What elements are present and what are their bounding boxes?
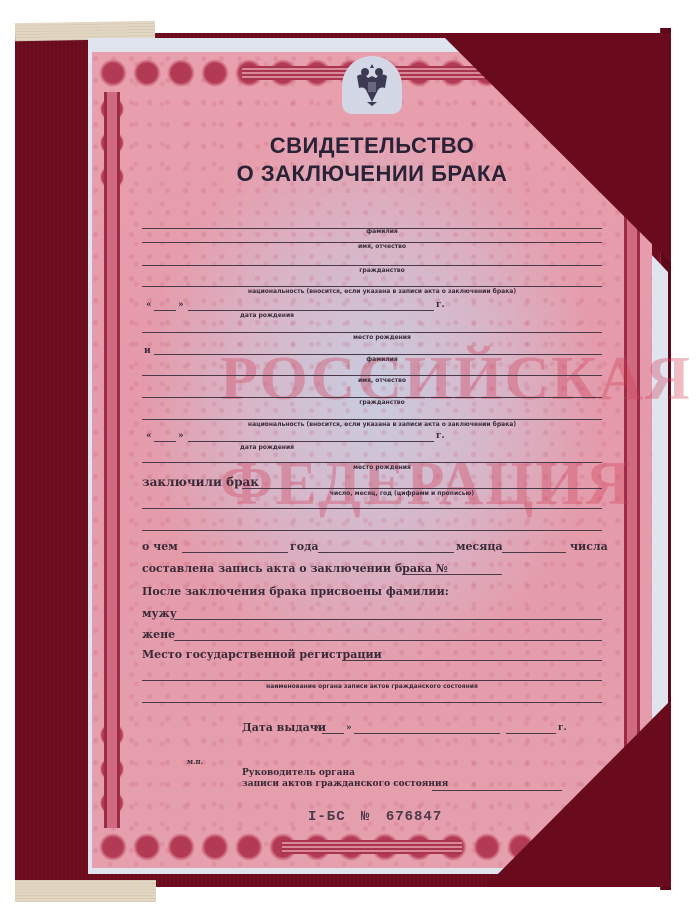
double-headed-eagle-icon bbox=[353, 62, 391, 108]
married-label: заключили брак bbox=[142, 475, 259, 489]
coat-of-arms-icon bbox=[342, 56, 402, 114]
caption-birth-date-2: дата рождения bbox=[240, 444, 294, 451]
field-wife-surname[interactable] bbox=[174, 640, 602, 641]
issue-year-suffix: г. bbox=[558, 723, 567, 733]
quote-open-2: « bbox=[146, 431, 152, 441]
head-official-label-1: Руководитель органа bbox=[242, 768, 355, 778]
serial-number: I-БС № 676847 bbox=[308, 809, 442, 825]
caption-marriage-date: число, месяц, год (цифрами и прописью) bbox=[330, 490, 474, 497]
about-label: о чем bbox=[142, 540, 178, 553]
caption-citizenship-2: гражданство bbox=[359, 399, 404, 406]
serial-digits: 676847 bbox=[386, 809, 442, 825]
field-registration-place[interactable] bbox=[342, 660, 602, 661]
month-label: месяца bbox=[456, 540, 503, 553]
caption-surname-2: фамилия bbox=[366, 356, 398, 363]
caption-nationality-2: национальность (вносится, если указана в… bbox=[248, 421, 516, 428]
issue-quote-open: « bbox=[314, 723, 320, 733]
ornamental-border-left bbox=[104, 92, 120, 828]
field-citizenship-2[interactable] bbox=[142, 397, 602, 398]
caption-nationality-1: национальность (вносится, если указана в… bbox=[248, 288, 516, 295]
wife-label: жене bbox=[142, 628, 175, 641]
caption-surname-1: фамилия bbox=[366, 228, 398, 235]
field-registration-place-3[interactable] bbox=[142, 702, 602, 703]
field-issue-day[interactable] bbox=[322, 733, 344, 734]
field-marriage-date[interactable] bbox=[242, 488, 602, 489]
field-record-day[interactable] bbox=[502, 552, 566, 553]
field-birth-day-1[interactable] bbox=[154, 310, 176, 311]
quote-close-2: » bbox=[178, 431, 184, 441]
field-record-number[interactable] bbox=[402, 574, 502, 575]
caption-citizenship-1: гражданство bbox=[359, 267, 404, 274]
marriage-certificate: РОССИЙСКАЯ ФЕДЕРАЦИЯ СВИДЕТЕЛЬСТВО О ЗАК… bbox=[92, 52, 652, 868]
serial-no-sign: № bbox=[361, 809, 370, 825]
caption-name-1: имя, отчество bbox=[358, 243, 406, 250]
field-record-month[interactable] bbox=[318, 552, 454, 553]
caption-name-2: имя, отчество bbox=[358, 377, 406, 384]
field-name-2[interactable] bbox=[142, 375, 602, 376]
binding-tape-bottom bbox=[15, 880, 156, 902]
field-birth-place-1[interactable] bbox=[142, 332, 602, 333]
field-birth-place-2[interactable] bbox=[142, 462, 602, 463]
year-label: года bbox=[290, 540, 319, 553]
field-issue-month[interactable] bbox=[354, 733, 500, 734]
field-issue-year[interactable] bbox=[506, 733, 556, 734]
ornamental-band-bottom bbox=[282, 840, 462, 854]
field-surname-2[interactable] bbox=[154, 354, 602, 355]
caption-birth-date-1: дата рождения bbox=[240, 312, 294, 319]
field-signature[interactable] bbox=[432, 790, 562, 791]
year-suffix-1: г. bbox=[436, 300, 445, 310]
year-suffix-2: г. bbox=[436, 431, 445, 441]
caption-registration-office: наименование органа записи актов граждан… bbox=[266, 683, 478, 690]
field-marriage-date-words-1[interactable] bbox=[142, 508, 602, 509]
field-record-year[interactable] bbox=[182, 552, 288, 553]
day-label: числа bbox=[570, 540, 608, 553]
field-nationality-1[interactable] bbox=[142, 286, 602, 287]
field-husband-surname[interactable] bbox=[174, 619, 602, 620]
quote-close-1: » bbox=[178, 300, 184, 310]
quote-open-1: « bbox=[146, 300, 152, 310]
field-birth-day-2[interactable] bbox=[154, 441, 176, 442]
serial-series: I-БС bbox=[308, 809, 346, 825]
seal-place-label: м.п. bbox=[187, 757, 203, 766]
husband-label: мужу bbox=[142, 607, 177, 620]
title-line2: О ЗАКЛЮЧЕНИИ БРАКА bbox=[92, 160, 652, 188]
field-registration-place-2[interactable] bbox=[142, 680, 602, 681]
issue-quote-close: » bbox=[346, 723, 352, 733]
field-birth-month-year-2[interactable] bbox=[188, 441, 434, 442]
caption-birth-place-1: место рождения bbox=[353, 334, 411, 341]
field-marriage-date-words-2[interactable] bbox=[142, 530, 602, 531]
caption-birth-place-2: место рождения bbox=[353, 464, 411, 471]
conjunction-and: и bbox=[144, 346, 151, 356]
field-nationality-2[interactable] bbox=[142, 419, 602, 420]
field-birth-month-year-1[interactable] bbox=[188, 310, 434, 311]
assigned-surnames-label: После заключения брака присвоены фамилии… bbox=[142, 585, 449, 598]
head-official-label-2: записи актов гражданского состояния bbox=[242, 779, 448, 789]
field-citizenship-1[interactable] bbox=[142, 265, 602, 266]
